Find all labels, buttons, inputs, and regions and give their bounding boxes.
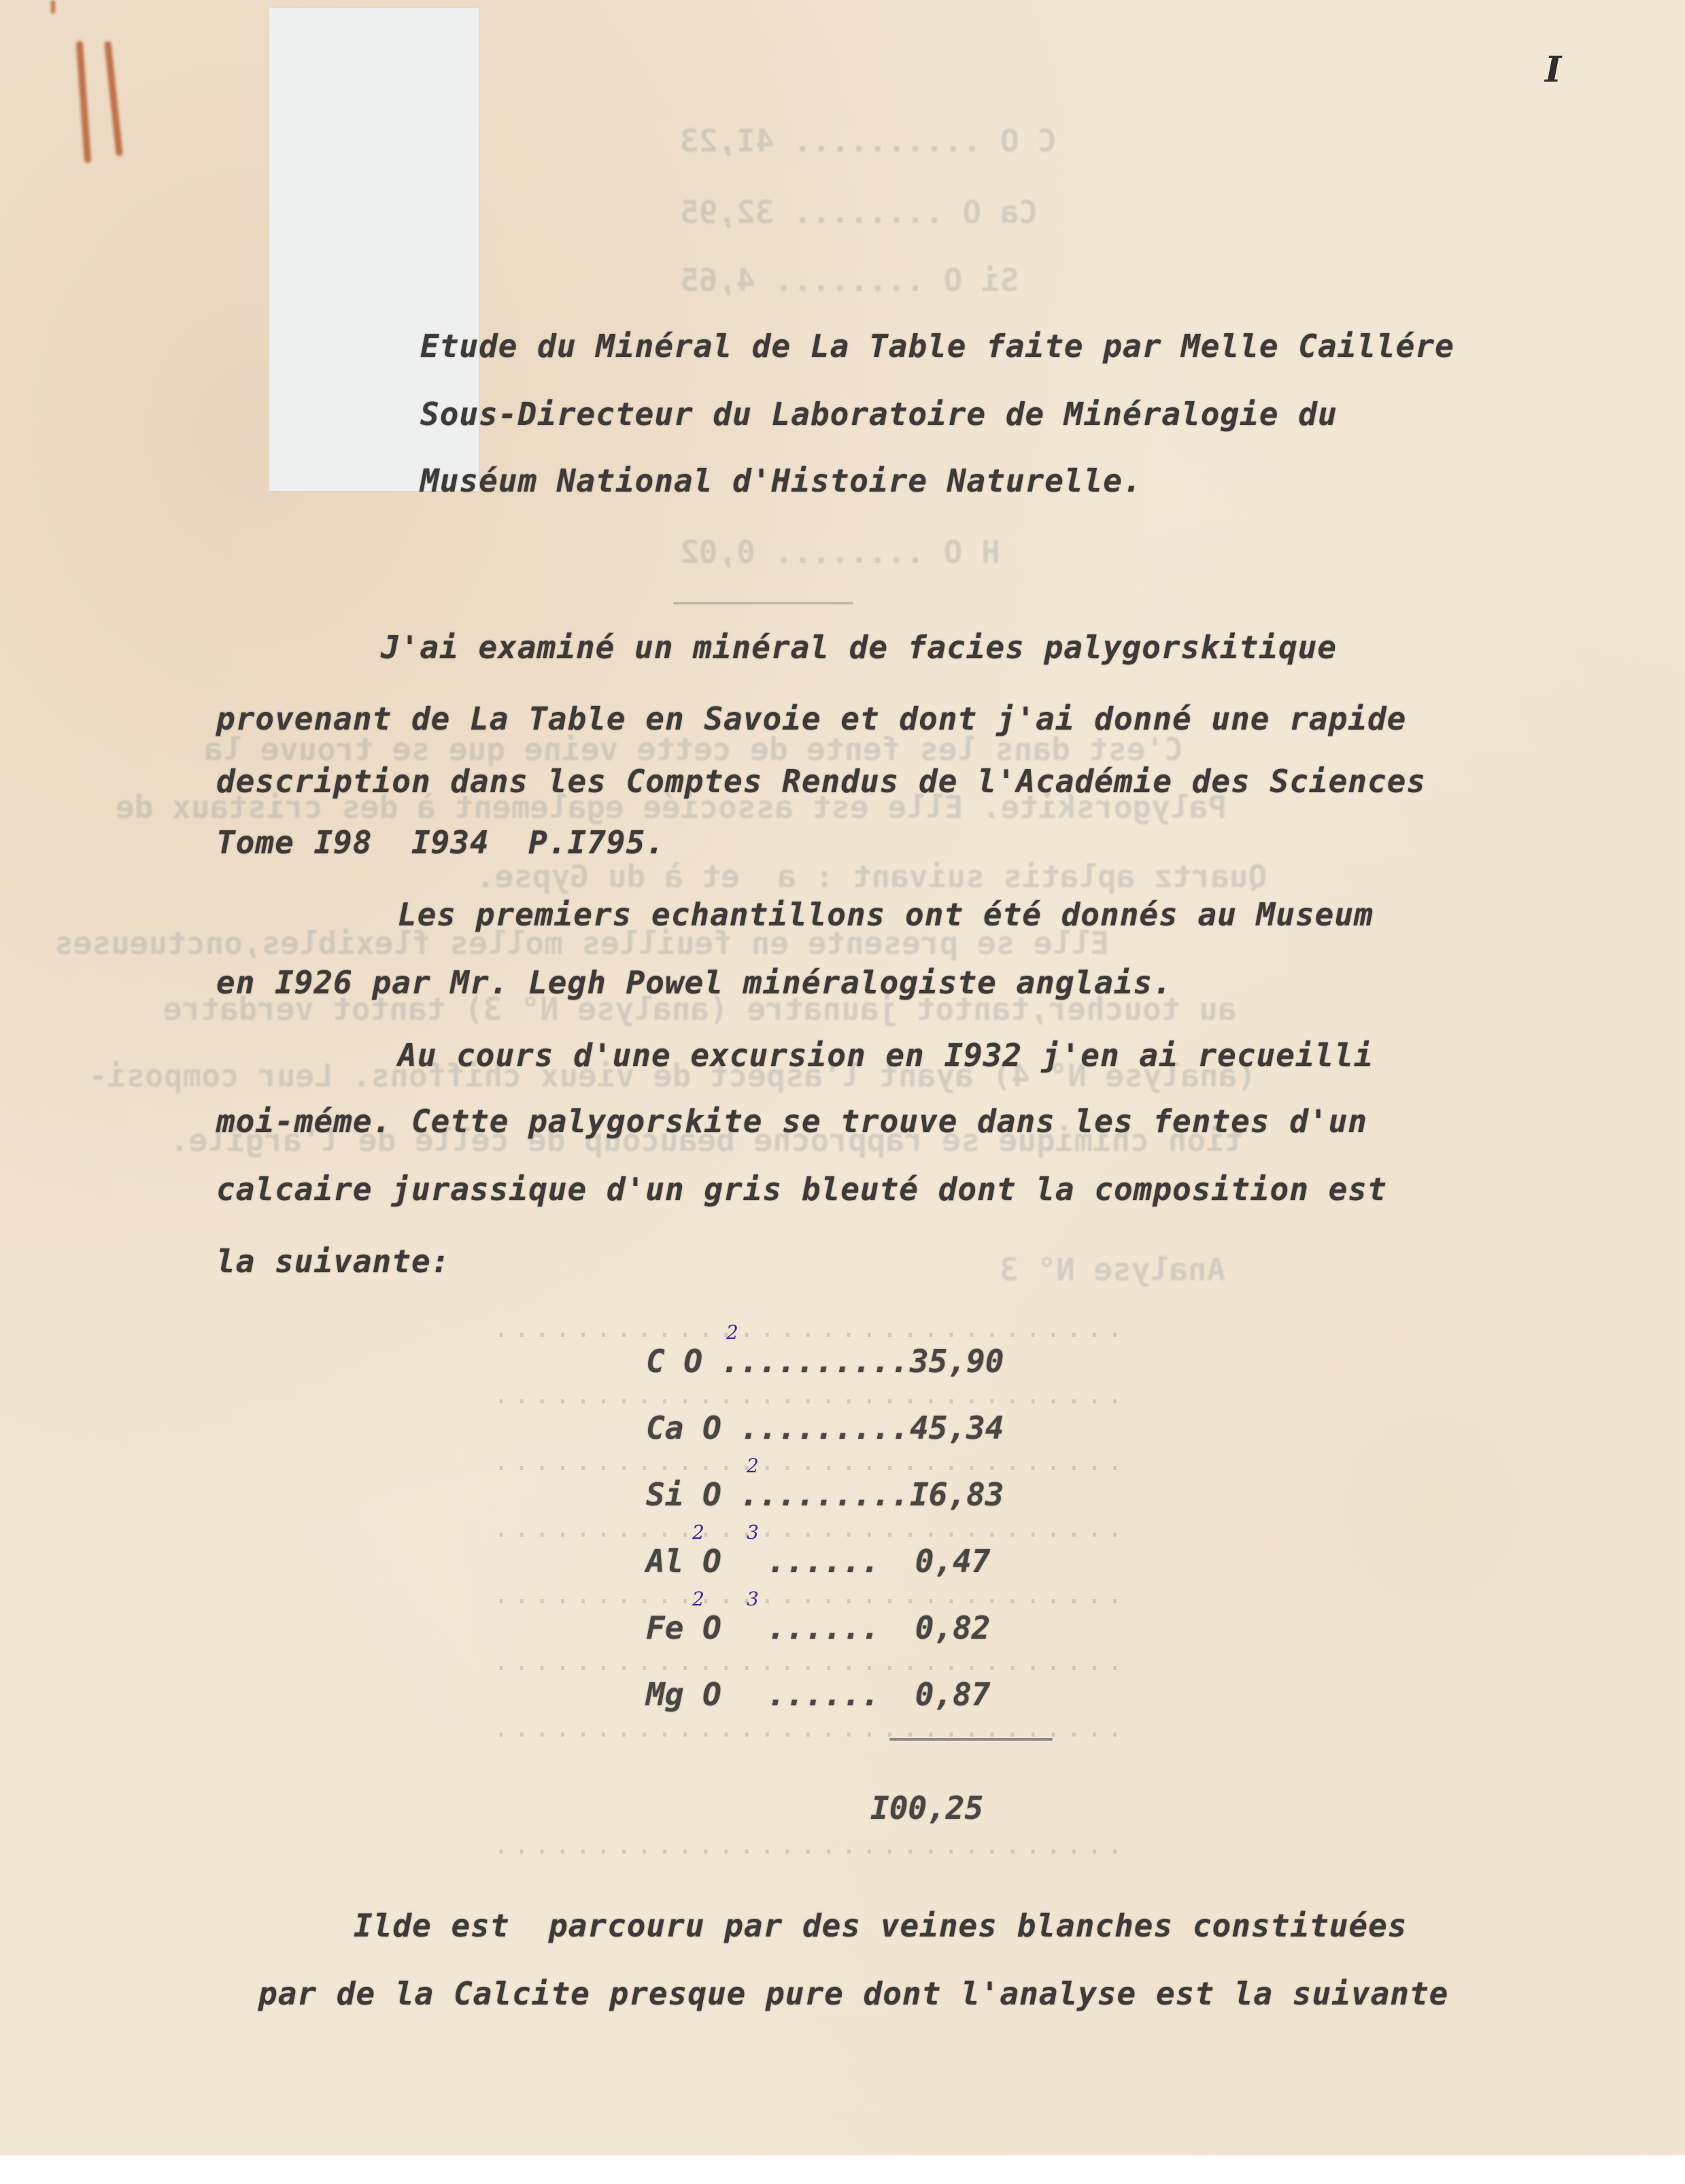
bleed-row: H O ........ 0,02 <box>680 534 1000 570</box>
heading-line: Etude du Minéral de La Table faite par M… <box>420 328 1454 364</box>
paragraph-line: description dans les Comptes Rendus de l… <box>216 763 1426 800</box>
paragraph-line: Ilde est parcouru par des veines blanche… <box>354 1907 1408 1944</box>
bleed-line: Quartz aplatis suivant : a et à du Gypse… <box>476 858 1267 895</box>
stain-mark <box>76 41 92 163</box>
guide-dots: ............................... <box>493 1829 1127 1860</box>
paragraph-line: provenant de La Table en Savoie et dont … <box>216 700 1406 737</box>
analysis-row: Al O 2 3 ...... 0,47 <box>0 1543 1685 1584</box>
stain-mark <box>51 0 55 14</box>
analysis-row: Fe O 2 3 ...... 0,82 <box>0 1609 1685 1650</box>
paragraph-line: moi-méme. Cette palygorskite se trouve d… <box>216 1103 1367 1140</box>
guide-dots: ............................... <box>493 1446 1127 1477</box>
guide-dots: ............................... <box>493 1379 1127 1410</box>
formula: C O <box>646 1343 702 1380</box>
formula: Al O <box>646 1543 721 1580</box>
subscript-annotation: 2 <box>747 1454 759 1477</box>
formula: Mg O <box>646 1676 721 1713</box>
subscript-annotation: 2 <box>692 1521 704 1543</box>
analysis-row: C O 2 .......... 35,90 <box>0 1343 1685 1384</box>
leader-dots: ...... <box>748 1676 880 1713</box>
bleed-header: Analyse N° 3 <box>1000 1251 1225 1288</box>
subscript-annotation: 3 <box>747 1521 759 1543</box>
total-rule <box>889 1738 1053 1741</box>
value: 35,90 <box>910 1343 1004 1380</box>
paragraph-line: en I926 par Mr. Legh Powel minéralogiste… <box>216 964 1172 1001</box>
bleed-row: C O .......... 4I,23 <box>680 122 1057 159</box>
analysis-row: Ca O ......... 45,34 <box>0 1410 1685 1450</box>
analysis-row: Si O 2 ......... I6,83 <box>0 1476 1685 1517</box>
value: I6,83 <box>910 1476 1004 1513</box>
leader-dots: ...... <box>748 1609 880 1646</box>
formula: Ca O <box>646 1410 721 1446</box>
paragraph-line: J'ai examiné un minéral de facies palygo… <box>381 629 1337 666</box>
guide-dots: ............................... <box>493 1312 1127 1344</box>
paragraph-line: Les premiers echantillons ont été donnés… <box>398 896 1374 933</box>
analysis-row: Mg O ...... 0,87 <box>0 1676 1685 1717</box>
leader-dots: ......... <box>740 1410 909 1446</box>
analysis-total-row: I00,25 <box>0 1790 1685 1830</box>
formula: Si O <box>646 1476 721 1513</box>
value: 0,82 <box>896 1609 990 1646</box>
leader-dots: .......... <box>721 1343 909 1380</box>
paragraph-line: Au cours d'une excursion en I932 j'en ai… <box>398 1037 1374 1074</box>
stain-mark <box>104 41 123 156</box>
separator-rule <box>673 602 853 604</box>
total-value: I00,25 <box>870 1790 983 1826</box>
subscript-annotation: 3 <box>747 1588 759 1610</box>
guide-dots: ............................... <box>493 1579 1127 1610</box>
paragraph-line: calcaire jurassique d'un gris bleuté don… <box>216 1171 1387 1208</box>
value: 45,34 <box>910 1410 1004 1446</box>
paragraph-line: par de la Calcite presque pure dont l'an… <box>258 1975 1448 2012</box>
heading-line: Muséum National d'Histoire Naturelle. <box>420 462 1142 499</box>
heading-line: Sous-Directeur du Laboratoire de Minéral… <box>420 396 1338 432</box>
subscript-annotation: 2 <box>692 1588 704 1610</box>
subscript-annotation: 2 <box>726 1321 738 1344</box>
leader-dots: ......... <box>740 1476 909 1513</box>
value: 0,87 <box>896 1676 990 1713</box>
paragraph-line: Tome I98 I934 P.I795. <box>216 824 665 861</box>
bleed-row: Si O ........ 4,65 <box>680 262 1019 298</box>
value: 0,47 <box>896 1543 990 1580</box>
scanned-page: C O .......... 4I,23 Ca O ........ 32,95… <box>0 0 1685 2155</box>
bleed-row: Ca O ........ 32,95 <box>680 194 1038 231</box>
formula: Fe O <box>646 1609 721 1646</box>
page-number: I <box>1545 49 1561 90</box>
guide-dots: ............................... <box>493 1645 1127 1677</box>
paragraph-line: la suivante: <box>216 1243 450 1280</box>
leader-dots: ...... <box>748 1543 880 1580</box>
guide-dots: ............................... <box>493 1512 1127 1543</box>
